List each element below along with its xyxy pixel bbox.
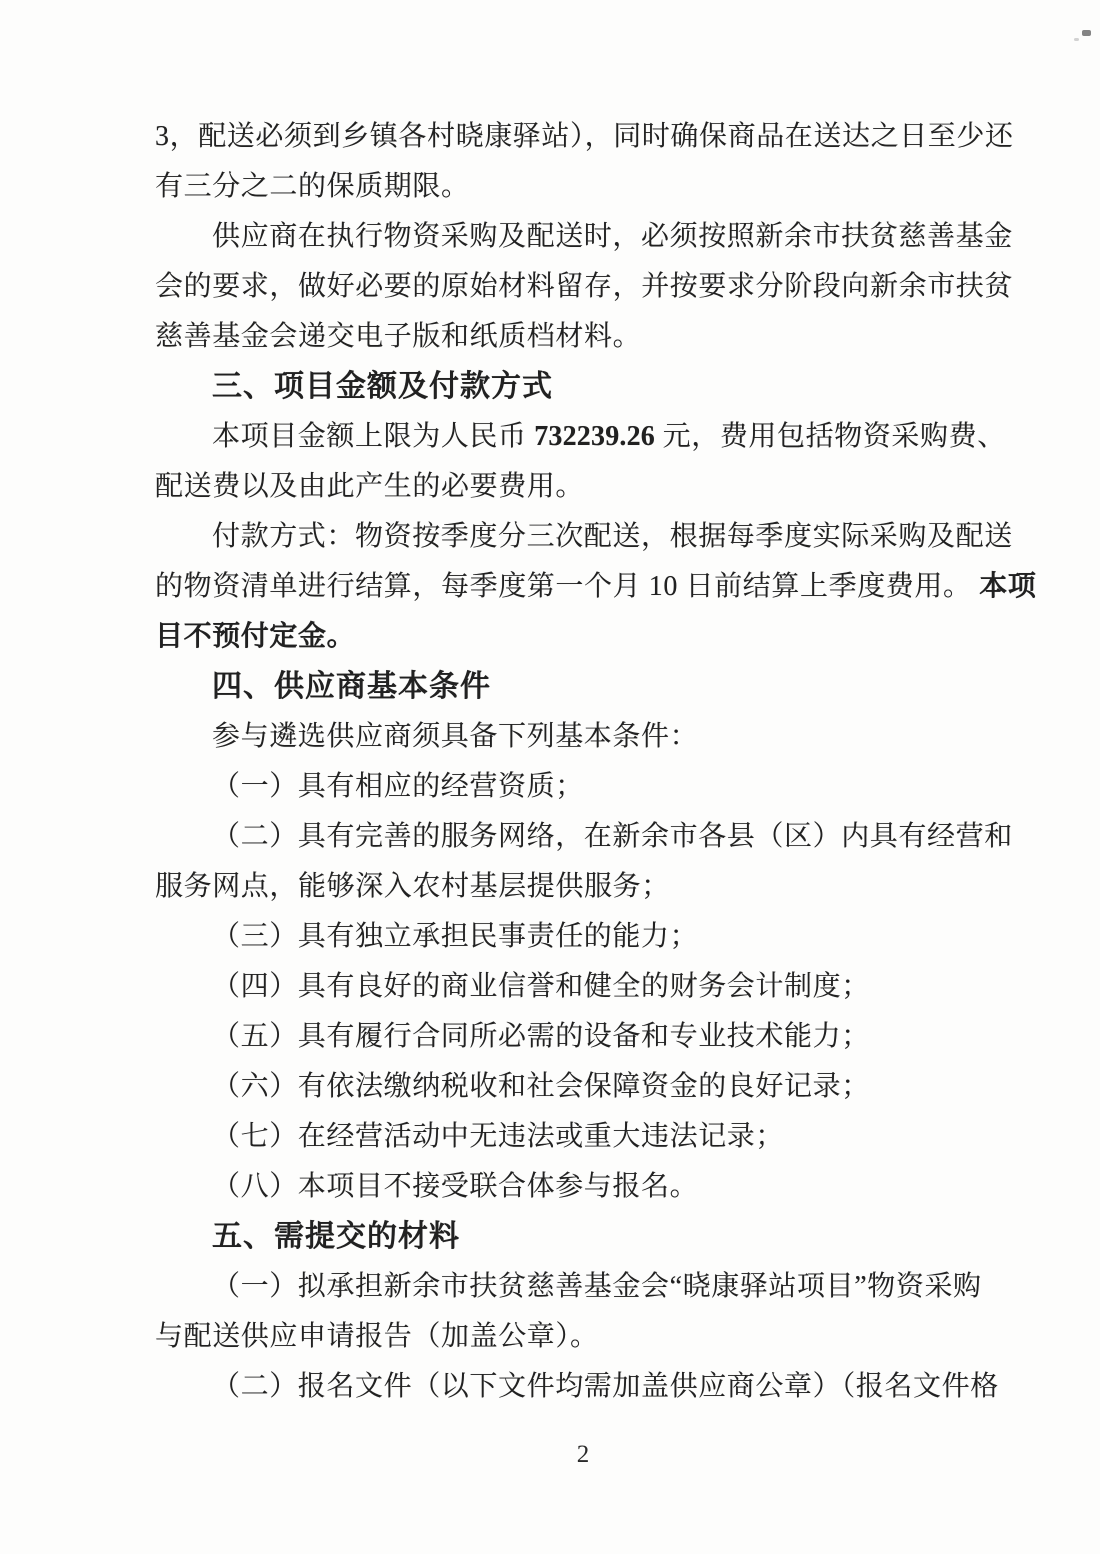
doc-line-payment: 的物资清单进行结算，每季度第一个月 10 日前结算上季度费用。 本项 <box>155 562 1013 612</box>
doc-line: 配送费以及由此产生的必要费用。 <box>155 462 1013 512</box>
doc-line: （二）报名文件（以下文件均需加盖供应商公章）（报名文件格 <box>155 1362 1013 1412</box>
payment-pre: 的物资清单进行结算，每季度第一个月 10 日前结算上季度费用。 <box>155 571 972 602</box>
doc-line: （三）具有独立承担民事责任的能力； <box>155 912 1013 962</box>
scan-artifact-dot <box>1082 30 1091 36</box>
doc-line: 3，配送必须到乡镇各村晓康驿站），同时确保商品在送达之日至少还 <box>155 112 1013 162</box>
section-heading-4: 四、供应商基本条件 <box>155 662 1013 712</box>
amount-pre: 本项目金额上限为人民币 <box>212 421 534 452</box>
document-page: 3，配送必须到乡镇各村晓康驿站），同时确保商品在送达之日至少还 有三分之二的保质… <box>0 0 1100 1554</box>
doc-line: （八）本项目不接受联合体参与报名。 <box>155 1162 1013 1212</box>
doc-line: 慈善基金会递交电子版和纸质档材料。 <box>155 312 1013 362</box>
doc-line: （五）具有履行合同所必需的设备和专业技术能力； <box>155 1012 1013 1062</box>
doc-line: 服务网点，能够深入农村基层提供服务； <box>155 862 1013 912</box>
doc-line: 会的要求，做好必要的原始材料留存，并按要求分阶段向新余市扶贫 <box>155 262 1013 312</box>
section-heading-3: 三、项目金额及付款方式 <box>155 362 1013 412</box>
document-body: 3，配送必须到乡镇各村晓康驿站），同时确保商品在送达之日至少还 有三分之二的保质… <box>155 112 1013 1412</box>
doc-line: 付款方式：物资按季度分三次配送，根据每季度实际采购及配送 <box>155 512 1013 562</box>
doc-line: （一）具有相应的经营资质； <box>155 762 1013 812</box>
page-number: 2 <box>0 1438 1100 1472</box>
doc-line: （四）具有良好的商业信誉和健全的财务会计制度； <box>155 962 1013 1012</box>
doc-line: 参与遴选供应商须具备下列基本条件： <box>155 712 1013 762</box>
doc-line: （一）拟承担新余市扶贫慈善基金会“晓康驿站项目”物资采购 <box>155 1262 1013 1312</box>
scan-artifact-dot-faint <box>1074 38 1079 41</box>
doc-line: （六）有依法缴纳税收和社会保障资金的良好记录； <box>155 1062 1013 1112</box>
doc-line: 有三分之二的保质期限。 <box>155 162 1013 212</box>
doc-line: 供应商在执行物资采购及配送时，必须按照新余市扶贫慈善基金 <box>155 212 1013 262</box>
amount-post: 元，费用包括物资采购费、 <box>663 421 1006 452</box>
doc-line: 与配送供应申请报告（加盖公章）。 <box>155 1312 1013 1362</box>
amount-value: 732239.26 <box>534 421 655 452</box>
doc-line-bold: 目不预付定金。 <box>155 612 1013 662</box>
section-heading-5: 五、需提交的材料 <box>155 1212 1013 1262</box>
doc-line: （七）在经营活动中无违法或重大违法记录； <box>155 1112 1013 1162</box>
doc-line-amount: 本项目金额上限为人民币 732239.26 元，费用包括物资采购费、 <box>155 412 1013 462</box>
doc-line: （二）具有完善的服务网络，在新余市各县（区）内具有经营和 <box>155 812 1013 862</box>
payment-bold: 本项 <box>979 571 1036 602</box>
